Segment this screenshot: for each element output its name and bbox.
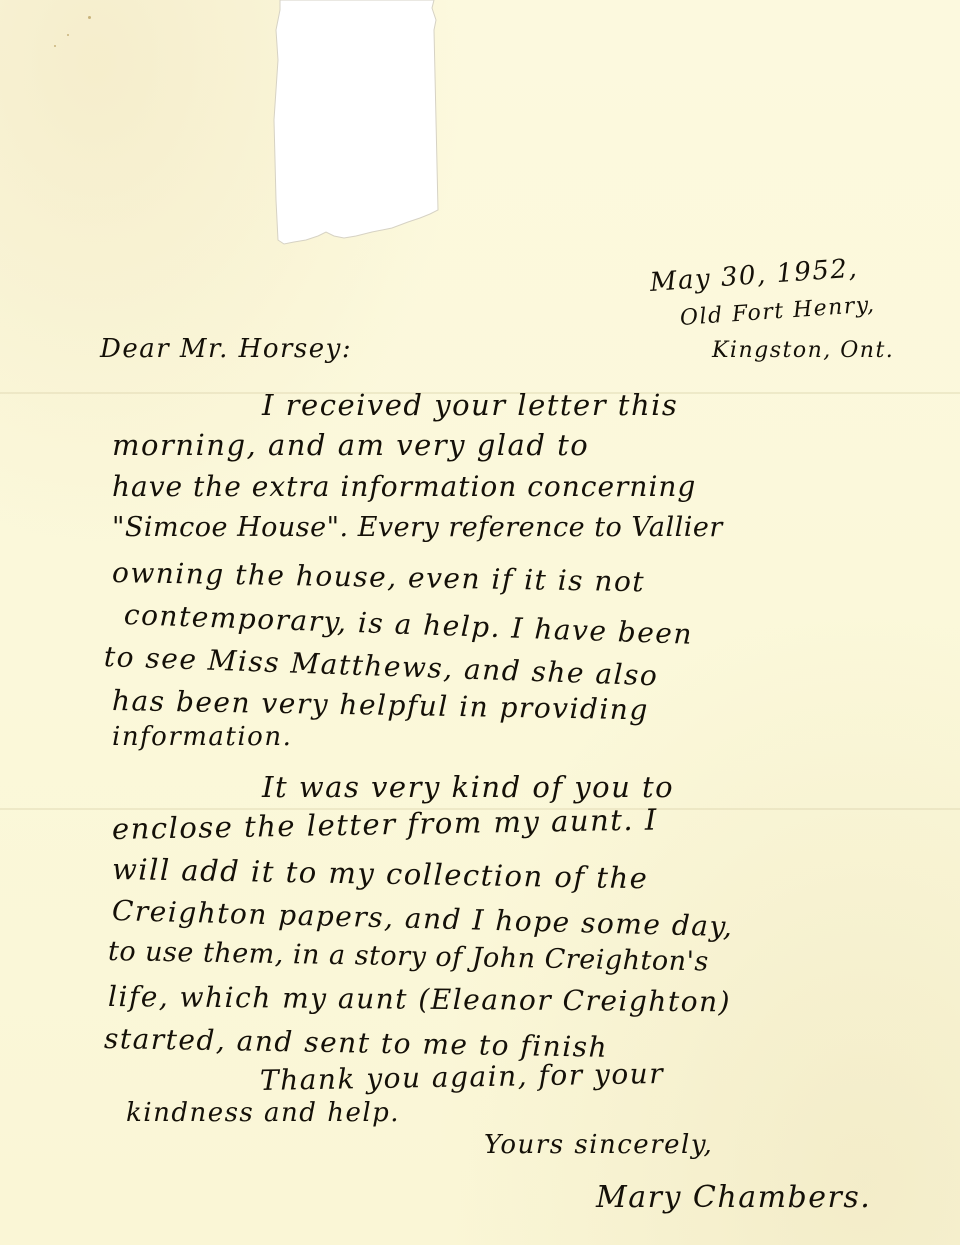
paper-speck — [67, 34, 69, 36]
body-line: information. — [112, 722, 292, 752]
body-line: life, which my aunt (Eleanor Creighton) — [108, 980, 731, 1018]
paper-speck — [88, 16, 91, 19]
letter-closing: Yours sincerely, — [484, 1130, 713, 1160]
body-line: "Simcoe House". Every reference to Valli… — [112, 512, 723, 543]
letter-salutation: Dear Mr. Horsey: — [100, 334, 352, 364]
body-line: have the extra information concerning — [112, 470, 696, 503]
body-line: It was very kind of you to — [262, 770, 674, 804]
body-line: I received your letter this — [262, 388, 678, 422]
paper-speck — [54, 45, 56, 47]
body-line: morning, and am very glad to — [112, 428, 589, 462]
body-line: kindness and help. — [126, 1098, 400, 1128]
letter-address-line-2: Kingston, Ont. — [712, 338, 894, 363]
body-line: Thank you again, for your — [260, 1057, 665, 1097]
torn-paper-patch — [272, 0, 440, 250]
letter-signature: Mary Chambers. — [596, 1180, 871, 1215]
torn-edge-shape — [272, 0, 440, 250]
